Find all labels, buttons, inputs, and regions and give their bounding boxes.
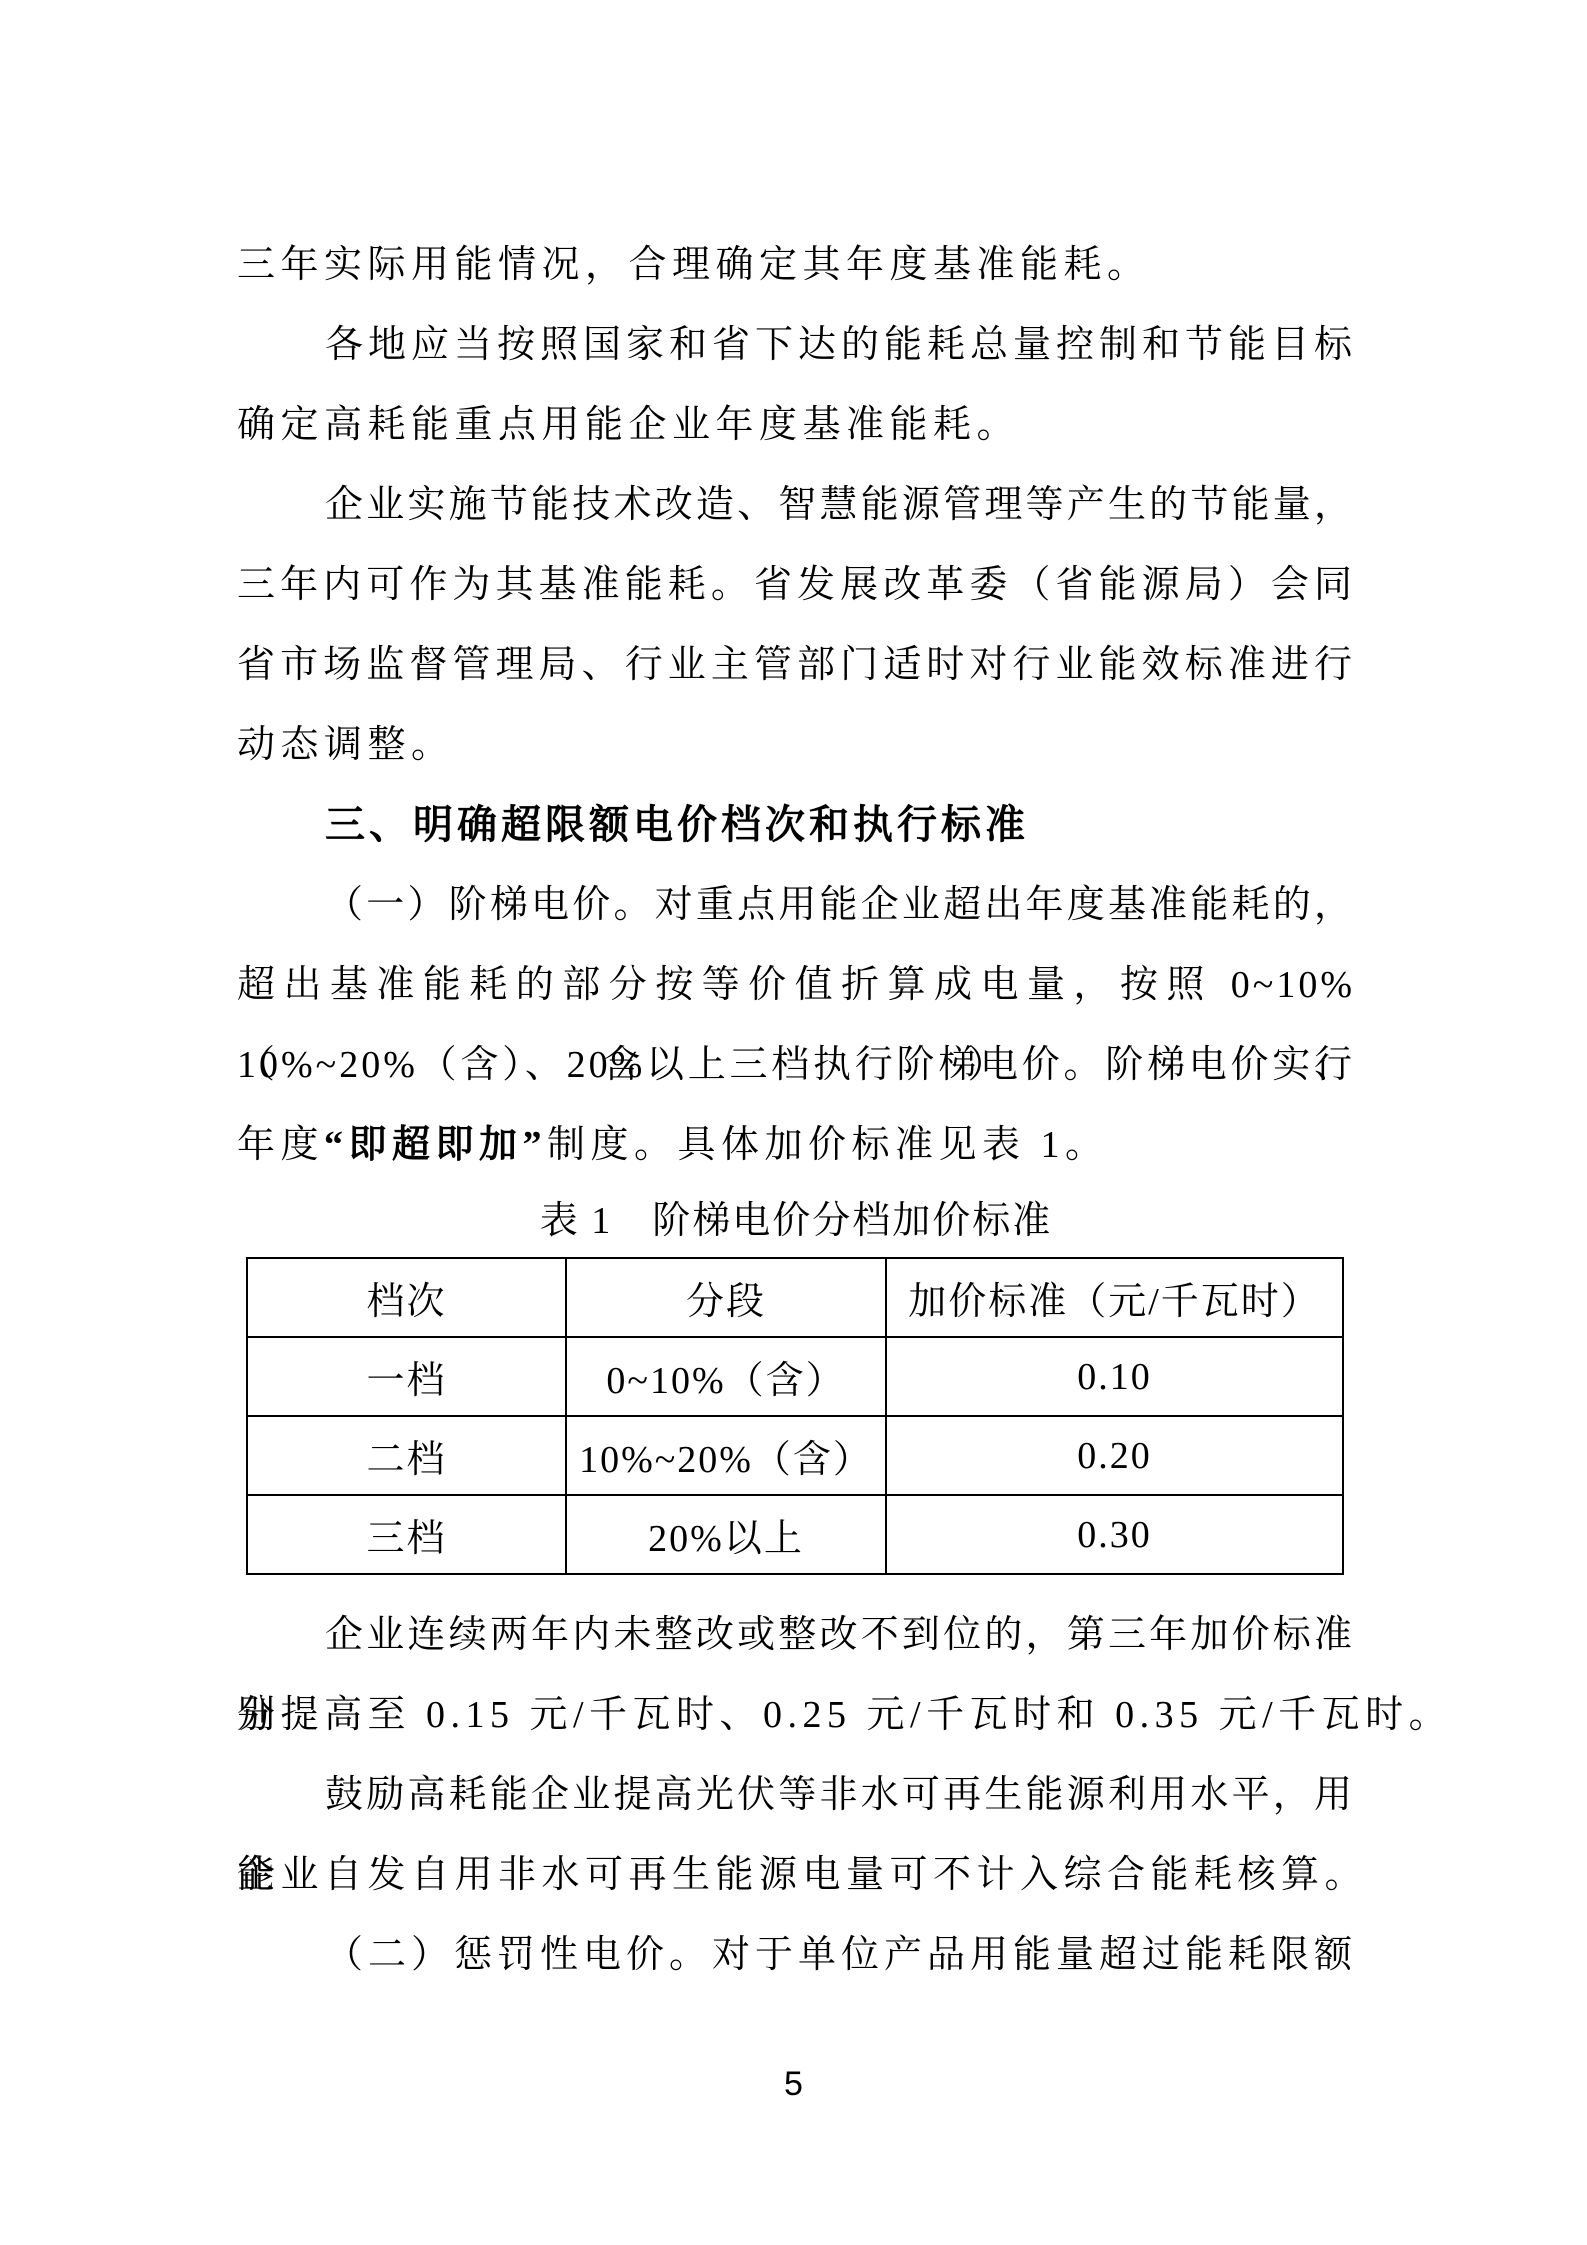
section-heading: 三、明确超限额电价档次和执行标准 <box>237 785 1355 865</box>
body-line: 省市场监督管理局、行业主管部门适时对行业能效标准进行 <box>237 625 1355 705</box>
document-page: 三年实际用能情况，合理确定其年度基准能耗。 各地应当按照国家和省下达的能耗总量控… <box>0 0 1587 2245</box>
table-row: 二档 10%~20%（含） 0.20 <box>247 1416 1343 1495</box>
table-header-cell: 分段 <box>566 1258 886 1337</box>
body-line: 企业实施节能技术改造、智慧能源管理等产生的节能量， <box>237 465 1355 545</box>
table-header-cell: 加价标准（元/千瓦时） <box>886 1258 1343 1337</box>
post-table-paragraphs: 企业连续两年内未整改或整改不到位的，第三年加价标准分 别提高至 0.15 元/千… <box>237 1595 1355 1995</box>
body-line: 三年实际用能情况，合理确定其年度基准能耗。 <box>237 225 1355 305</box>
table-caption: 表 1 阶梯电价分档加价标准 <box>237 1185 1355 1257</box>
table-cell: 一档 <box>247 1337 566 1416</box>
table-cell: 10%~20%（含） <box>566 1416 886 1495</box>
table-row: 一档 0~10%（含） 0.10 <box>247 1337 1343 1416</box>
emphasis-bold-text: “即超即加” <box>324 1124 547 1166</box>
table-cell: 三档 <box>247 1495 566 1574</box>
body-line: （二）惩罚性电价。对于单位产品用能量超过能耗限额 <box>237 1915 1355 1995</box>
body-line: （一）阶梯电价。对重点用能企业超出年度基准能耗的， <box>237 865 1355 945</box>
body-line: 超出基准能耗的部分按等价值折算成电量，按照 0~10%（含）、 <box>237 945 1355 1025</box>
text-column: 三年实际用能情况，合理确定其年度基准能耗。 各地应当按照国家和省下达的能耗总量控… <box>237 225 1355 1995</box>
body-line: 各地应当按照国家和省下达的能耗总量控制和节能目标 <box>237 305 1355 385</box>
page-number: 5 <box>0 2062 1587 2106</box>
table-header-row: 档次 分段 加价标准（元/千瓦时） <box>247 1258 1343 1337</box>
body-line: 企业自发自用非水可再生能源电量可不计入综合能耗核算。 <box>237 1835 1355 1915</box>
table-cell: 0~10%（含） <box>566 1337 886 1416</box>
table-cell: 20%以上 <box>566 1495 886 1574</box>
table-row: 三档 20%以上 0.30 <box>247 1495 1343 1574</box>
table-cell: 0.30 <box>886 1495 1343 1574</box>
body-line: 鼓励高耗能企业提高光伏等非水可再生能源利用水平，用能 <box>237 1755 1355 1835</box>
body-line: 确定高耗能重点用能企业年度基准能耗。 <box>237 385 1355 465</box>
emphasis-post-text: 制度。具体加价标准见表 1。 <box>547 1124 1109 1166</box>
table-header-cell: 档次 <box>247 1258 566 1337</box>
body-line: 企业连续两年内未整改或整改不到位的，第三年加价标准分 <box>237 1595 1355 1675</box>
price-tier-table: 档次 分段 加价标准（元/千瓦时） 一档 0~10%（含） 0.10 二档 10… <box>246 1257 1344 1575</box>
table-cell: 二档 <box>247 1416 566 1495</box>
table-cell: 0.10 <box>886 1337 1343 1416</box>
table-cell: 0.20 <box>886 1416 1343 1495</box>
body-line-emphasis: 年度“即超即加”制度。具体加价标准见表 1。 <box>237 1105 1355 1185</box>
body-line: 三年内可作为其基准能耗。省发展改革委（省能源局）会同 <box>237 545 1355 625</box>
emphasis-pre-text: 年度 <box>237 1124 324 1166</box>
body-line: 动态调整。 <box>237 705 1355 785</box>
body-line: 别提高至 0.15 元/千瓦时、0.25 元/千瓦时和 0.35 元/千瓦时。 <box>237 1675 1355 1755</box>
body-line: 10%~20%（含）、20%以上三档执行阶梯电价。阶梯电价实行 <box>237 1025 1355 1105</box>
